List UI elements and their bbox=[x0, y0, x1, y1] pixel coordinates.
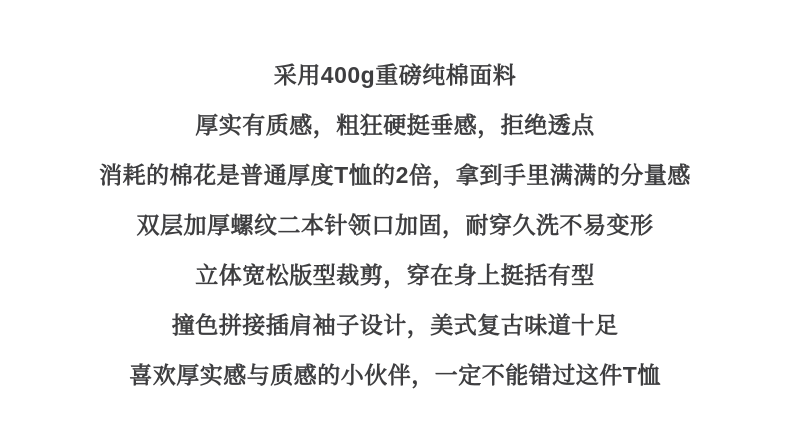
description-line-weight: 消耗的棉花是普通厚度T恤的2倍，拿到手里满满的分量感 bbox=[0, 150, 790, 200]
product-description: 采用400g重磅纯棉面料 厚实有质感，粗狂硬挺垂感，拒绝透点 消耗的棉花是普通厚… bbox=[0, 0, 790, 400]
description-line-sleeve: 撞色拼接插肩袖子设计，美式复古味道十足 bbox=[0, 300, 790, 350]
description-line-callout: 喜欢厚实感与质感的小伙伴，一定不能错过这件T恤 bbox=[0, 350, 790, 400]
description-line-collar: 双层加厚螺纹二本针领口加固，耐穿久洗不易变形 bbox=[0, 200, 790, 250]
description-line-fit: 立体宽松版型裁剪，穿在身上挺括有型 bbox=[0, 250, 790, 300]
description-line-fabric: 采用400g重磅纯棉面料 bbox=[0, 50, 790, 100]
description-line-texture: 厚实有质感，粗狂硬挺垂感，拒绝透点 bbox=[0, 100, 790, 150]
